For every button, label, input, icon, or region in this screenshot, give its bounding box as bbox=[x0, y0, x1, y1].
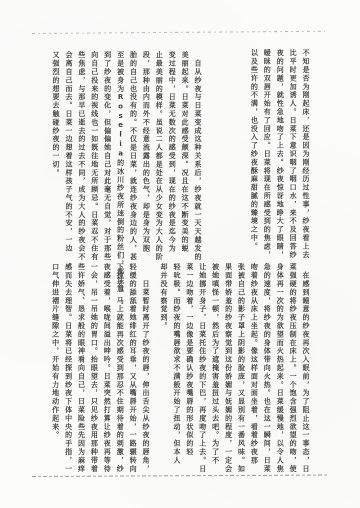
page-bottom-right-text: 在感到睡意的纱夜再次入眠前，为了阻止这一事态，日 菜强硬的将纱夜压制在床上。一个… bbox=[157, 263, 312, 473]
page-top-right-text: 不知是否为刚起床，还是因为刚经历过性事，纱夜看上去 比平时更加诱人。日菜下意识咽… bbox=[247, 49, 312, 255]
page-bottom-left-text: 日菜暂时离开了纱夜的唇，伸出舌尖从纱夜的唇角， 轻缓的舔舐着她绯红的耳垂，又从嘴… bbox=[49, 263, 152, 473]
scanned-page: 不知是否为刚起床，还是因为刚经历过性事，纱夜看上去 比平时更加诱人。日菜下意识咽… bbox=[0, 0, 360, 508]
fold-mark-top bbox=[32, 31, 325, 34]
page-top-left-text: 自从纱夜与日菜变成这种关系后，纱夜就一天天越发的 美丽起来。日菜对此感受颇深。况… bbox=[49, 51, 204, 257]
fold-mark-bottom bbox=[32, 474, 328, 477]
